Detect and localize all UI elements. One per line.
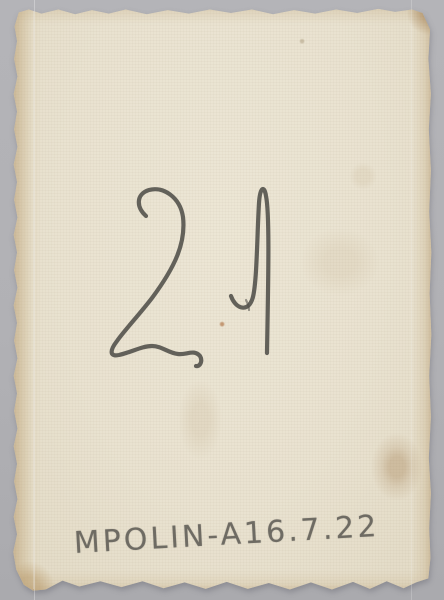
photo-paper	[12, 6, 433, 593]
photo-back	[12, 6, 433, 593]
scan-background: MPOLIN-A16.7.22	[0, 0, 444, 600]
paper-crease	[33, 10, 35, 589]
